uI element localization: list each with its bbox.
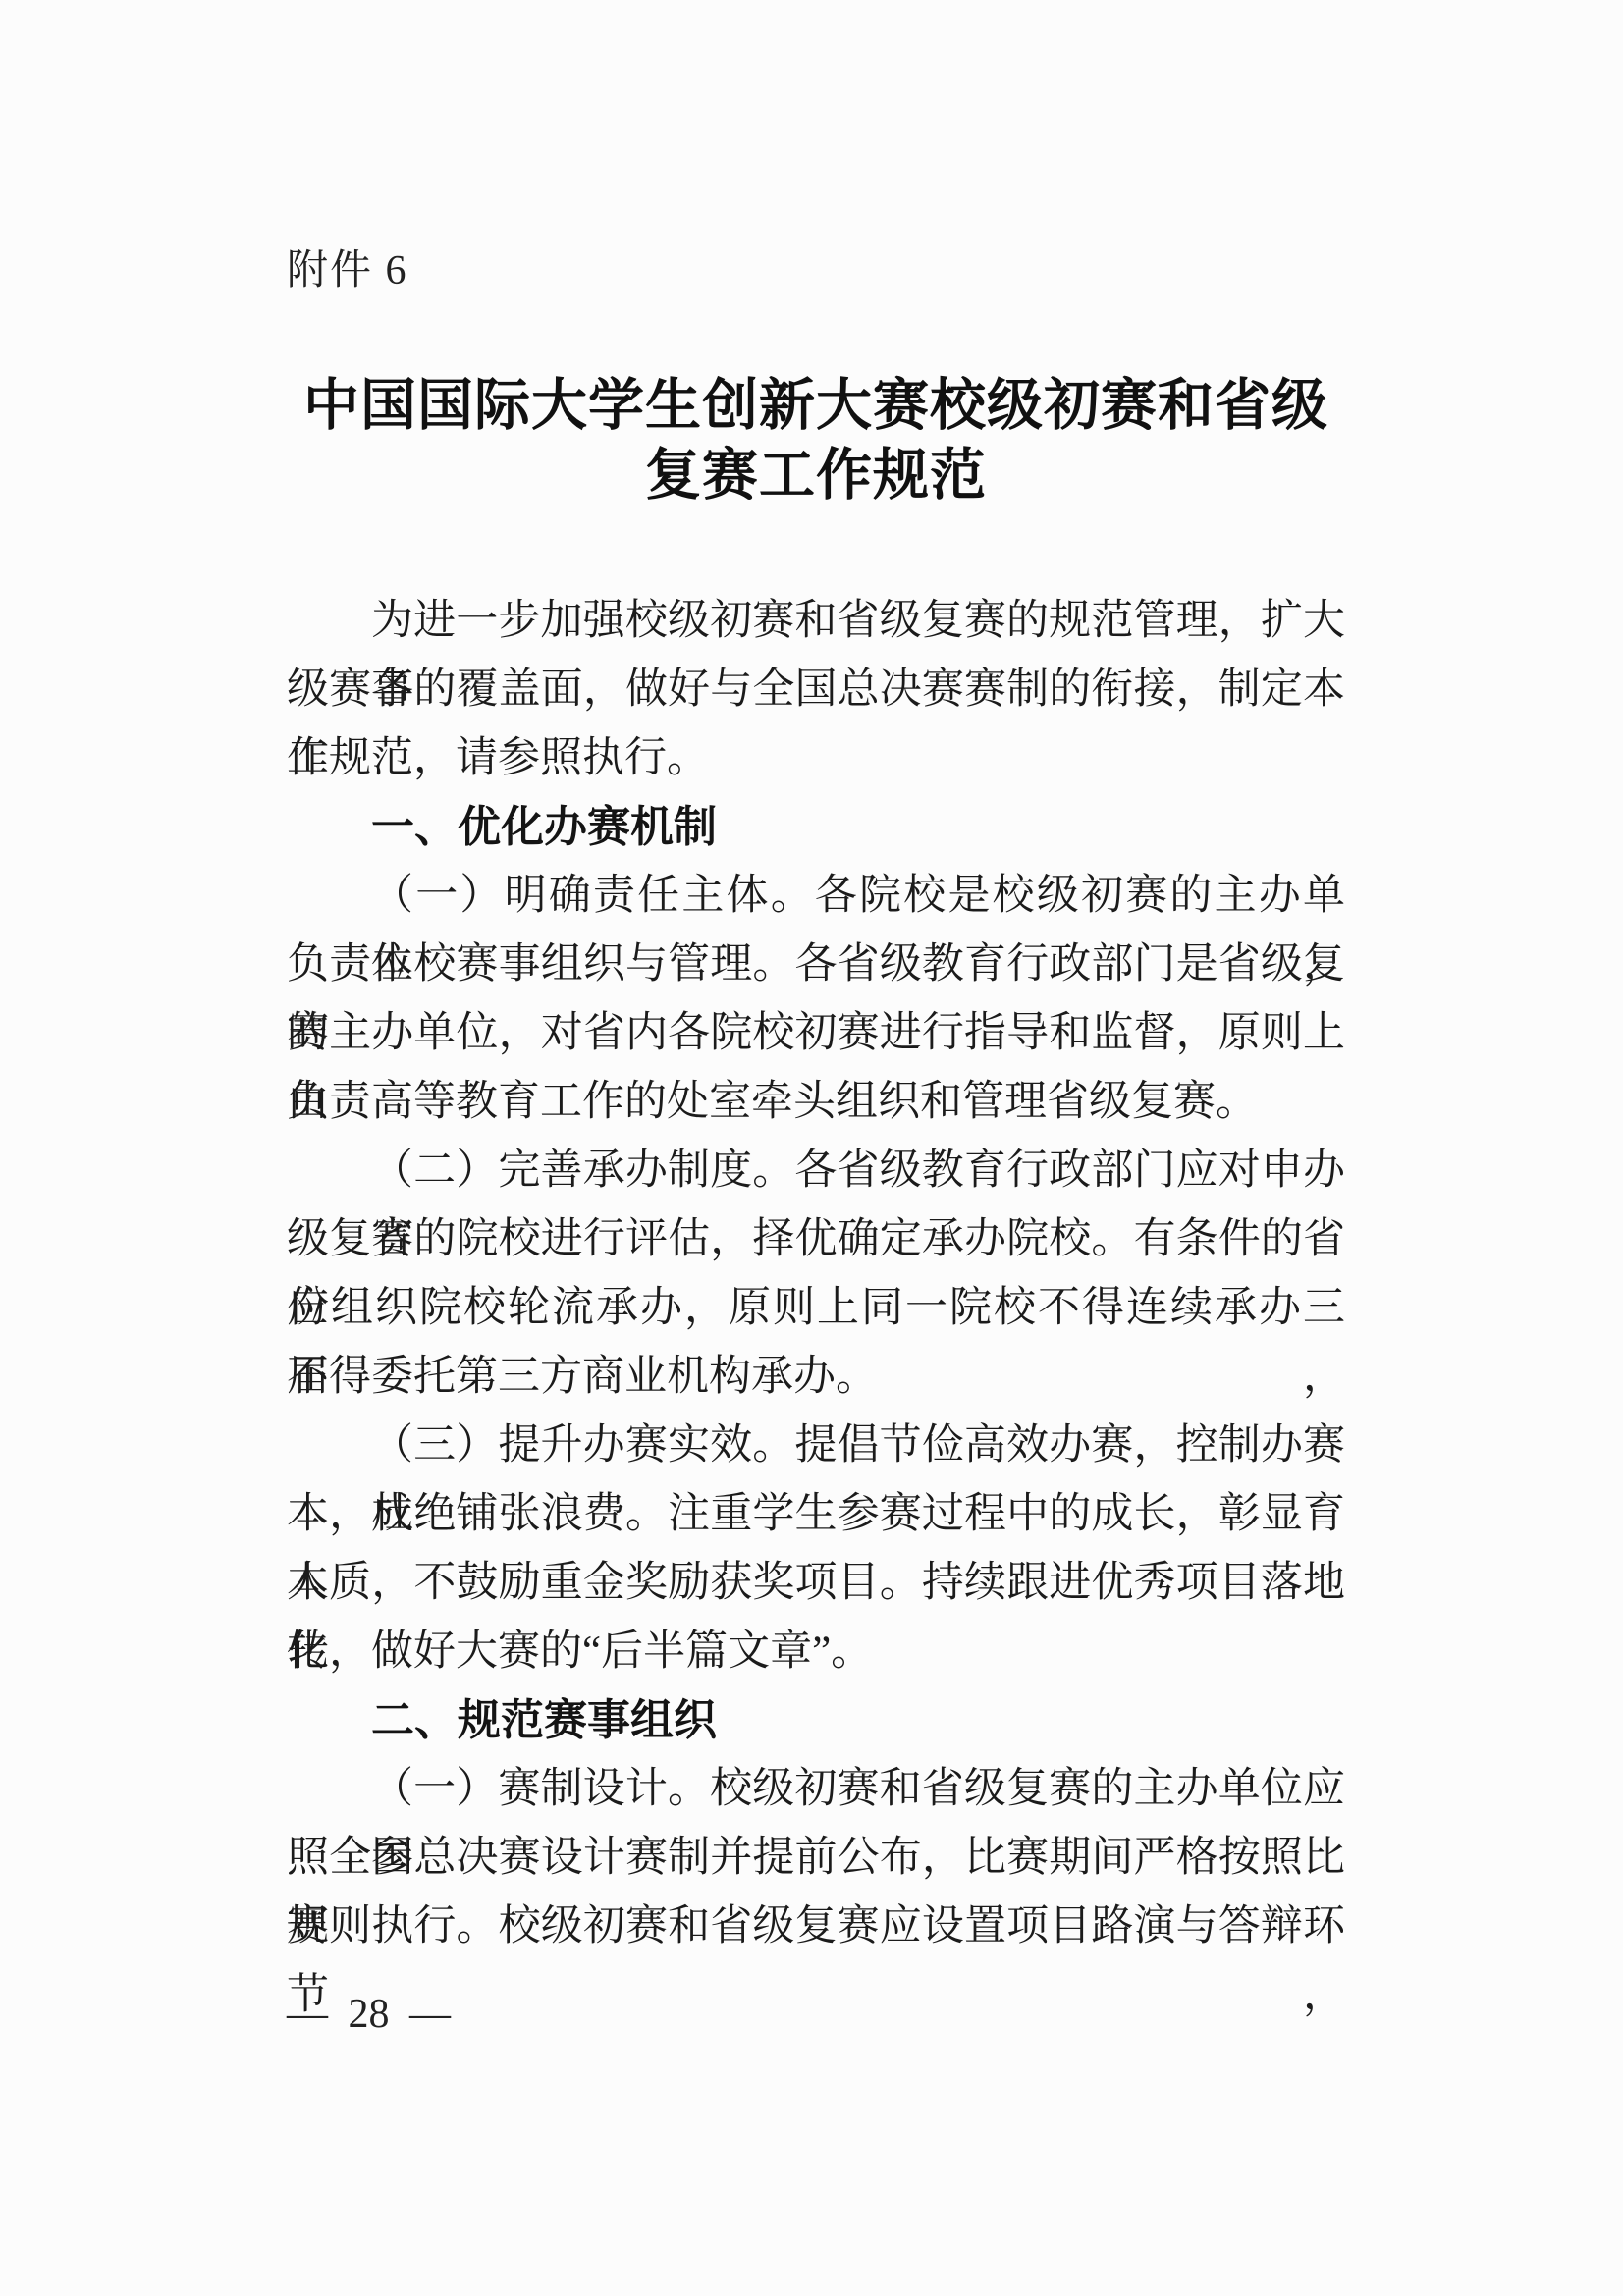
text-line: 本，杜绝铺张浪费。注重学生参赛过程中的成长，彰显育人 xyxy=(287,1480,1345,1549)
text-line: 负责本校赛事组织与管理。各省级教育行政部门是省级复赛 xyxy=(287,931,1345,999)
text-line: 规则执行。校级初赛和省级复赛应设置项目路演与答辩环节， xyxy=(287,1893,1345,1961)
text-line: 为进一步加强校级初赛和省级复赛的规范管理，扩大各 xyxy=(287,587,1345,656)
text-line: 级复赛的院校进行评估，择优确定承办院校。有条件的省份 xyxy=(287,1205,1345,1274)
text-line: （三）提升办赛实效。提倡节俭高效办赛，控制办赛成 xyxy=(287,1412,1345,1480)
page-number: — 28 — xyxy=(287,1989,451,2040)
text-line: 应组织院校轮流承办，原则上同一院校不得连续承办三届， xyxy=(287,1274,1345,1343)
section-heading: 一、优化办赛机制 xyxy=(287,793,1345,862)
text-line: （一）明确责任主体。各院校是校级初赛的主办单位， xyxy=(287,862,1345,931)
text-line: 化，做好大赛的“后半篇文章”。 xyxy=(287,1618,1345,1686)
document-body: 为进一步加强校级初赛和省级复赛的规范管理，扩大各级赛事的覆盖面，做好与全国总决赛… xyxy=(287,587,1345,1961)
text-line: 本质，不鼓励重金奖励获奖项目。持续跟进优秀项目落地转 xyxy=(287,1549,1345,1618)
text-line: 作规范，请参照执行。 xyxy=(287,724,1345,793)
text-line: 级赛事的覆盖面，做好与全国总决赛赛制的衔接，制定本工 xyxy=(287,656,1345,724)
text-line: （二）完善承办制度。各省级教育行政部门应对申办省 xyxy=(287,1137,1345,1205)
document-title: 中国国际大学生创新大赛校级初赛和省级 复赛工作规范 xyxy=(287,371,1345,510)
text-line: 照全国总决赛设计赛制并提前公布，比赛期间严格按照比赛 xyxy=(287,1824,1345,1893)
document-title-line-1: 中国国际大学生创新大赛校级初赛和省级 xyxy=(303,375,1328,437)
section-heading: 二、规范赛事组织 xyxy=(287,1686,1345,1755)
text-line: 负责高等教育工作的处室牵头组织和管理省级复赛。 xyxy=(287,1068,1345,1137)
text-line: （一）赛制设计。校级初赛和省级复赛的主办单位应参 xyxy=(287,1755,1345,1824)
document-title-line-2: 复赛工作规范 xyxy=(645,445,987,507)
attachment-label: 附件 6 xyxy=(287,243,408,298)
text-line: 的主办单位，对省内各院校初赛进行指导和监督，原则上由 xyxy=(287,999,1345,1068)
document-page: 附件 6 中国国际大学生创新大赛校级初赛和省级 复赛工作规范 为进一步加强校级初… xyxy=(0,0,1623,2296)
